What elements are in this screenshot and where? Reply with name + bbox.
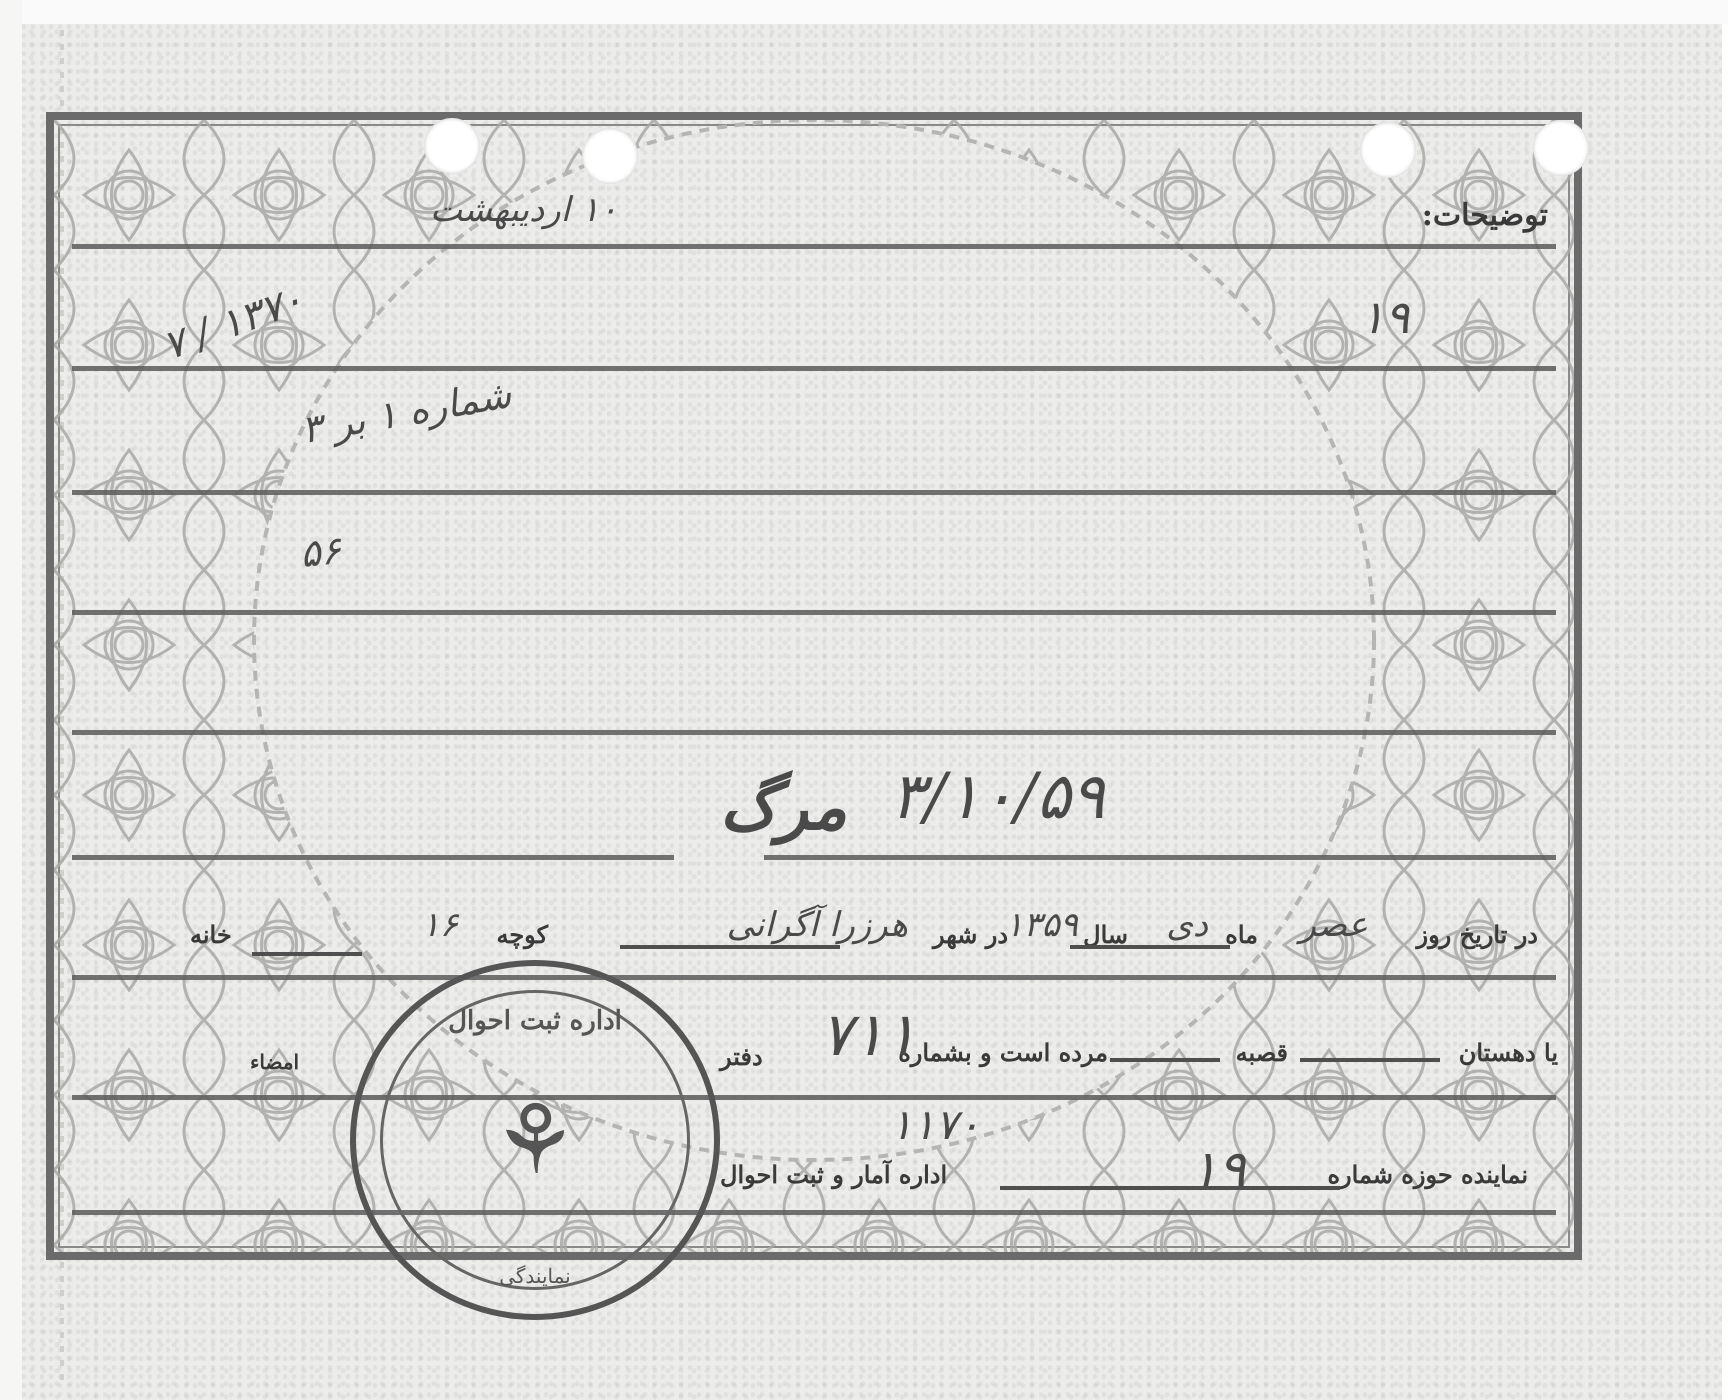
label-signature: امضاء xyxy=(250,1050,299,1074)
ruled-line-6 xyxy=(764,855,1556,860)
value-extra-number: ۱۱۷۰ xyxy=(890,1100,980,1149)
ruled-line-6b xyxy=(72,855,674,860)
ruled-line-7 xyxy=(72,975,1556,980)
seal-text-bottom: نمایندگی xyxy=(356,1264,714,1288)
punch-hole xyxy=(1533,120,1589,176)
handwritten-note: ۱۰ اردیبهشت xyxy=(430,190,617,230)
label-office: اداره آمار و ثبت احوال xyxy=(720,1160,947,1189)
field-underline xyxy=(1110,1058,1220,1062)
ruled-line-5 xyxy=(72,730,1556,735)
label-date: در تاریخ روز xyxy=(1416,920,1538,949)
label-district: یا دهستان xyxy=(1459,1038,1558,1067)
seal-text: اداره ثبت احوال xyxy=(356,1006,714,1036)
field-underline xyxy=(620,945,840,949)
label-town: قصبه xyxy=(1236,1038,1288,1067)
value-record-number: ۷۱۱ xyxy=(820,1000,917,1070)
label-month: ماه xyxy=(1225,920,1258,949)
punch-hole xyxy=(424,118,480,174)
value-day: عصر xyxy=(1299,905,1368,945)
field-underline xyxy=(1070,945,1230,949)
notes-heading: توضیحات: xyxy=(1422,198,1548,233)
value-year: ۱۳۵۹ xyxy=(1005,905,1078,945)
label-died: مرده است و بشماره xyxy=(898,1038,1108,1067)
ruled-line-4 xyxy=(72,610,1556,615)
label-book: دفتر xyxy=(720,1042,763,1071)
official-seal: اداره ثبت احوال ⚘ نمایندگی xyxy=(350,960,720,1320)
scan-margin-left xyxy=(0,0,22,1400)
ruled-line-1 xyxy=(72,244,1556,249)
label-street: کوچه xyxy=(496,920,548,949)
ruled-line-8 xyxy=(72,1095,1556,1100)
punch-hole xyxy=(582,128,638,184)
label-city: در شهر xyxy=(933,920,1008,949)
field-underline xyxy=(1300,1058,1440,1062)
value-street: ۱۶ xyxy=(421,905,458,945)
value-zone: ۱۹ xyxy=(1190,1140,1246,1200)
event-word: مرگ xyxy=(720,770,847,845)
event-date: ۳/۱۰/۵۹ xyxy=(890,760,1105,834)
label-house: خانه xyxy=(190,920,232,949)
label-representative: نماینده حوزه شماره xyxy=(1327,1160,1528,1189)
handwritten-mark: ۱۹ xyxy=(1360,290,1409,344)
value-city: هرزرا آگرانی xyxy=(727,905,908,945)
handwritten-note: ۵۶ xyxy=(298,528,343,576)
ruled-line-9 xyxy=(72,1210,1556,1215)
punch-hole xyxy=(1360,122,1416,178)
value-month: دی xyxy=(1166,905,1208,945)
ruled-line-3 xyxy=(72,490,1556,495)
ruled-line-2 xyxy=(72,366,1556,371)
field-underline xyxy=(252,952,362,956)
field-underline xyxy=(1000,1186,1340,1190)
emblem-icon: ⚘ xyxy=(492,1084,578,1196)
scan-margin-top xyxy=(0,0,1728,24)
